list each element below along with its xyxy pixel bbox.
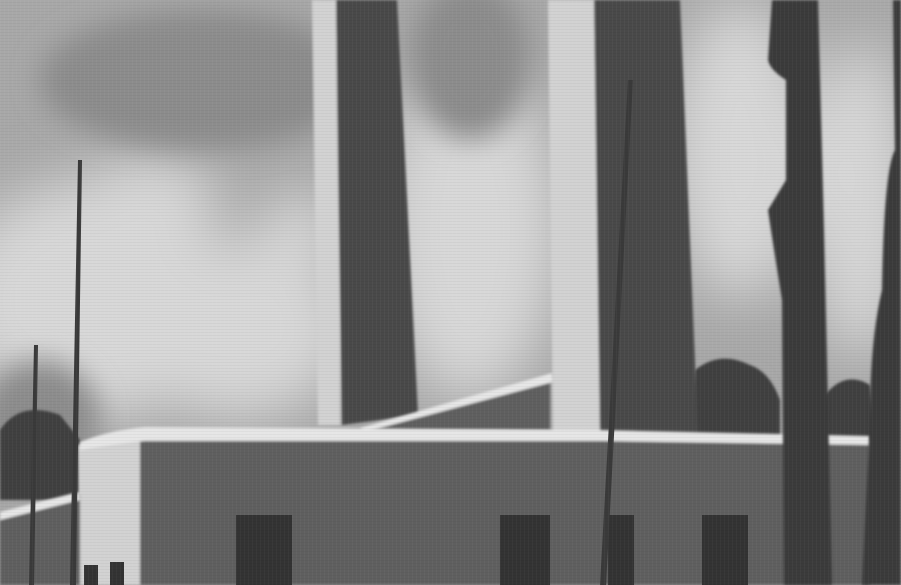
window [608, 515, 634, 585]
window [84, 565, 98, 585]
window [500, 515, 550, 585]
photo-scene [0, 0, 901, 585]
photograph: Low brick building with two tall chimney… [0, 0, 901, 585]
window [236, 515, 292, 585]
window [110, 562, 124, 585]
window [702, 515, 748, 585]
